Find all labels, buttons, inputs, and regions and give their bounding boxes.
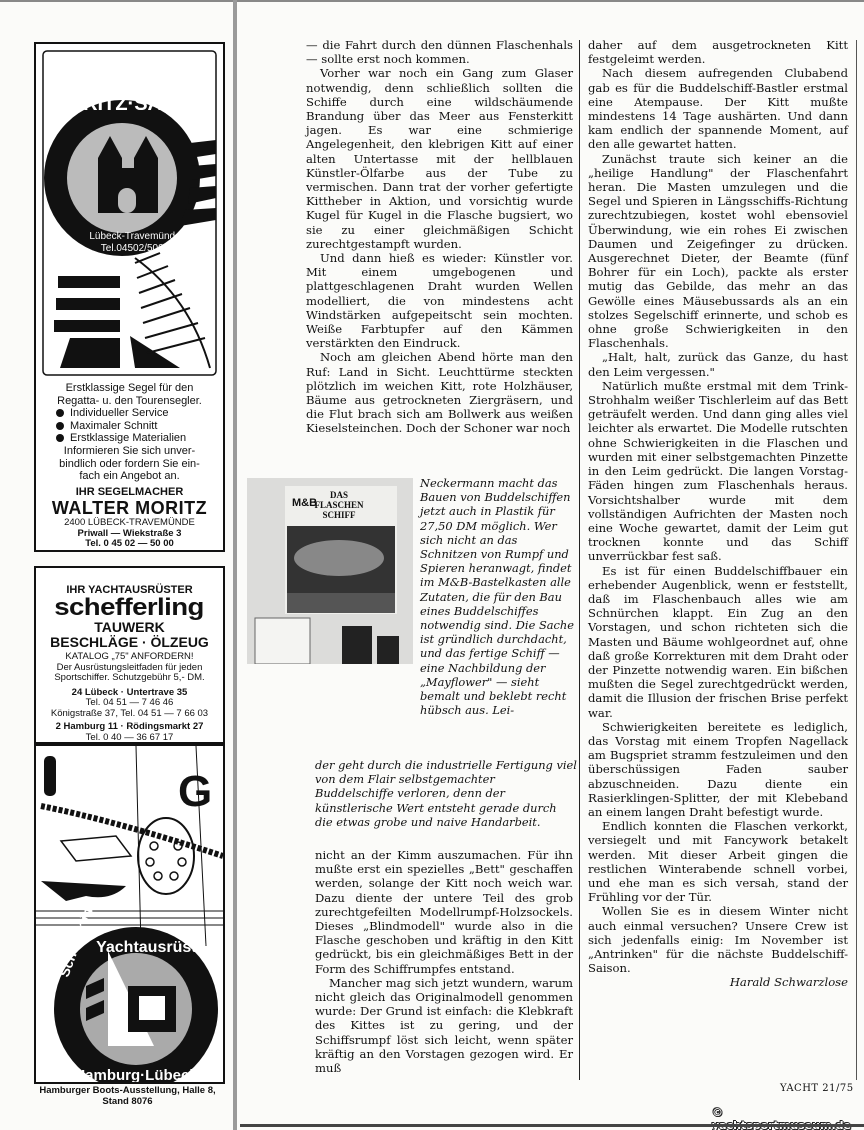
paragraph: „Halt, halt, zurück das Ganze, du hast d…	[588, 350, 848, 378]
paragraph: Natürlich mußte erstmal mit dem Trink-St…	[588, 379, 848, 564]
photo-caption-full: der geht durch die industrielle Fertigun…	[315, 758, 577, 829]
paragraph: nicht an der Kimm auszumachen. Für ihn m…	[315, 848, 573, 976]
top-rule	[0, 0, 864, 2]
svg-text:·Hamburg·Lübeck·: ·Hamburg·Lübeck·	[69, 1067, 202, 1082]
article-column-1-bottom: nicht an der Kimm auszumachen. Für ihn m…	[315, 848, 573, 1075]
ad-company-name: WALTER MORITZ	[36, 498, 223, 518]
ad-tagline: IHR SEGELMACHER	[36, 486, 223, 499]
ad-intro-line: Regatta- u. den Tourensegler.	[36, 395, 223, 408]
column-rule	[856, 40, 857, 1080]
page-folio: YACHT 21/75	[780, 1083, 854, 1094]
paragraph: Noch am gleichen Abend hörte man den Ruf…	[306, 350, 573, 435]
paragraph: Wollen Sie es in diesem Winter nicht auc…	[588, 904, 848, 975]
bullet-item: Individueller Service	[36, 407, 223, 420]
bottom-rule	[240, 1124, 864, 1127]
paragraph: Und dann hieß es wieder: Künstler vor. M…	[306, 251, 573, 350]
svg-text:SCHIFF: SCHIFF	[322, 510, 356, 520]
author-signature: Harald Schwarzlose	[588, 975, 848, 989]
paragraph: Es ist für einen Buddelschiffbauer ein e…	[588, 564, 848, 720]
paragraph: Nach diesem aufregenden Clubabend gab es…	[588, 66, 848, 151]
bullet-icon	[56, 422, 64, 430]
svg-text:Lübeck-Travemünde: Lübeck-Travemünde	[89, 231, 181, 242]
product-photo: M&B DAS FLASCHEN SCHIFF	[247, 478, 413, 664]
caption-line: Stand 8076	[20, 1096, 235, 1107]
ad-intro-line: Erstklassige Segel für den	[36, 382, 223, 395]
svg-text:FLASCHEN: FLASCHEN	[314, 500, 364, 510]
exhibition-caption: Hamburger Boots-Ausstellung, Halle 8, St…	[20, 1085, 235, 1107]
article-column-1-top: — die Fahrt durch den dünnen Flaschenhal…	[306, 38, 573, 436]
ad-desc-line: Sportschiffer. Schutzgebühr 5,- DM.	[36, 673, 223, 684]
moritz-sails-copy: Erstklassige Segel für den Regatta- u. d…	[36, 382, 223, 550]
paragraph: Vorher war noch ein Gang zum Glaser notw…	[306, 66, 573, 251]
svg-text:M&B: M&B	[292, 497, 317, 509]
moritz-sails-logo-icon: MORITZ·SAILS Lübeck-Travemünde Tel.04502…	[40, 48, 219, 378]
svg-text:G 2: G 2	[178, 767, 223, 816]
ad-catalog-line: KATALOG „75" ANFORDERN!	[36, 652, 223, 663]
paragraph: daher auf dem ausgetrockneten Kitt festg…	[588, 38, 848, 66]
bullet-icon	[56, 409, 64, 417]
ad-product-line: BESCHLÄGE · ÖLZEUG	[36, 635, 223, 650]
ad-phone: Tel. 0 45 02 — 50 00	[36, 539, 223, 550]
photo-caption-right: Neckermann macht das Bauen von Buddelsch…	[420, 476, 576, 717]
bottle-ship-kit-photo-icon: M&B DAS FLASCHEN SCHIFF	[247, 478, 413, 664]
svg-text:DAS: DAS	[330, 490, 348, 500]
ad-cta-line: Informieren Sie sich unver-	[36, 445, 223, 458]
caption-line: Hamburger Boots-Ausstellung, Halle 8,	[20, 1085, 235, 1096]
ad-cta-line: fach ein Angebot an.	[36, 470, 223, 483]
paragraph: — die Fahrt durch den dünnen Flaschenhal…	[306, 38, 573, 66]
column-rule	[579, 40, 580, 1080]
schefferling-illustration-ad: G 2 Yachtausrüstung Scheff	[34, 744, 225, 1084]
bullet-icon	[56, 434, 64, 442]
ad-phone: Tel. 0 40 — 36 67 17	[36, 733, 223, 744]
yacht-hardware-illustration-icon: G 2 Yachtausrüstung Scheff	[36, 746, 223, 1082]
ad-address-line: Königstraße 37, Tel. 04 51 — 7 66 03	[36, 709, 223, 720]
bullet-item: Erstklassige Materialien	[36, 432, 223, 445]
ad-cta-line: bindlich oder fordern Sie ein-	[36, 458, 223, 471]
svg-text:MORITZ·SAILS: MORITZ·SAILS	[51, 93, 193, 115]
schefferling-ad: IHR YACHTAUSRÜSTER schefferling TAUWERK …	[34, 566, 225, 744]
ad-address-line: 2 Hamburg 11 · Rödingsmarkt 27	[36, 722, 223, 733]
ad-brand-logo: schefferling	[55, 596, 205, 620]
page-gutter	[233, 0, 237, 1130]
svg-text:Yachtausrüstung: Yachtausrüstung	[96, 939, 223, 956]
paragraph: Mancher mag sich jetzt wundern, warum ni…	[315, 976, 573, 1075]
moritz-sails-ad: MORITZ·SAILS Lübeck-Travemünde Tel.04502…	[34, 42, 225, 552]
paragraph: Zunächst traute sich keiner an die „heil…	[588, 152, 848, 351]
article-column-2: daher auf dem ausgetrockneten Kitt festg…	[588, 38, 848, 990]
paragraph: Schwierigkeiten bereitete es lediglich, …	[588, 720, 848, 819]
svg-text:Tel.04502/5000: Tel.04502/5000	[101, 243, 170, 254]
bullet-item: Maximaler Schnitt	[36, 420, 223, 433]
ad-product-line: TAUWERK	[36, 620, 223, 635]
paragraph: Endlich konnten die Flaschen verkorkt, v…	[588, 819, 848, 904]
ad-phone: Tel. 04 51 — 7 46 46	[36, 698, 223, 709]
